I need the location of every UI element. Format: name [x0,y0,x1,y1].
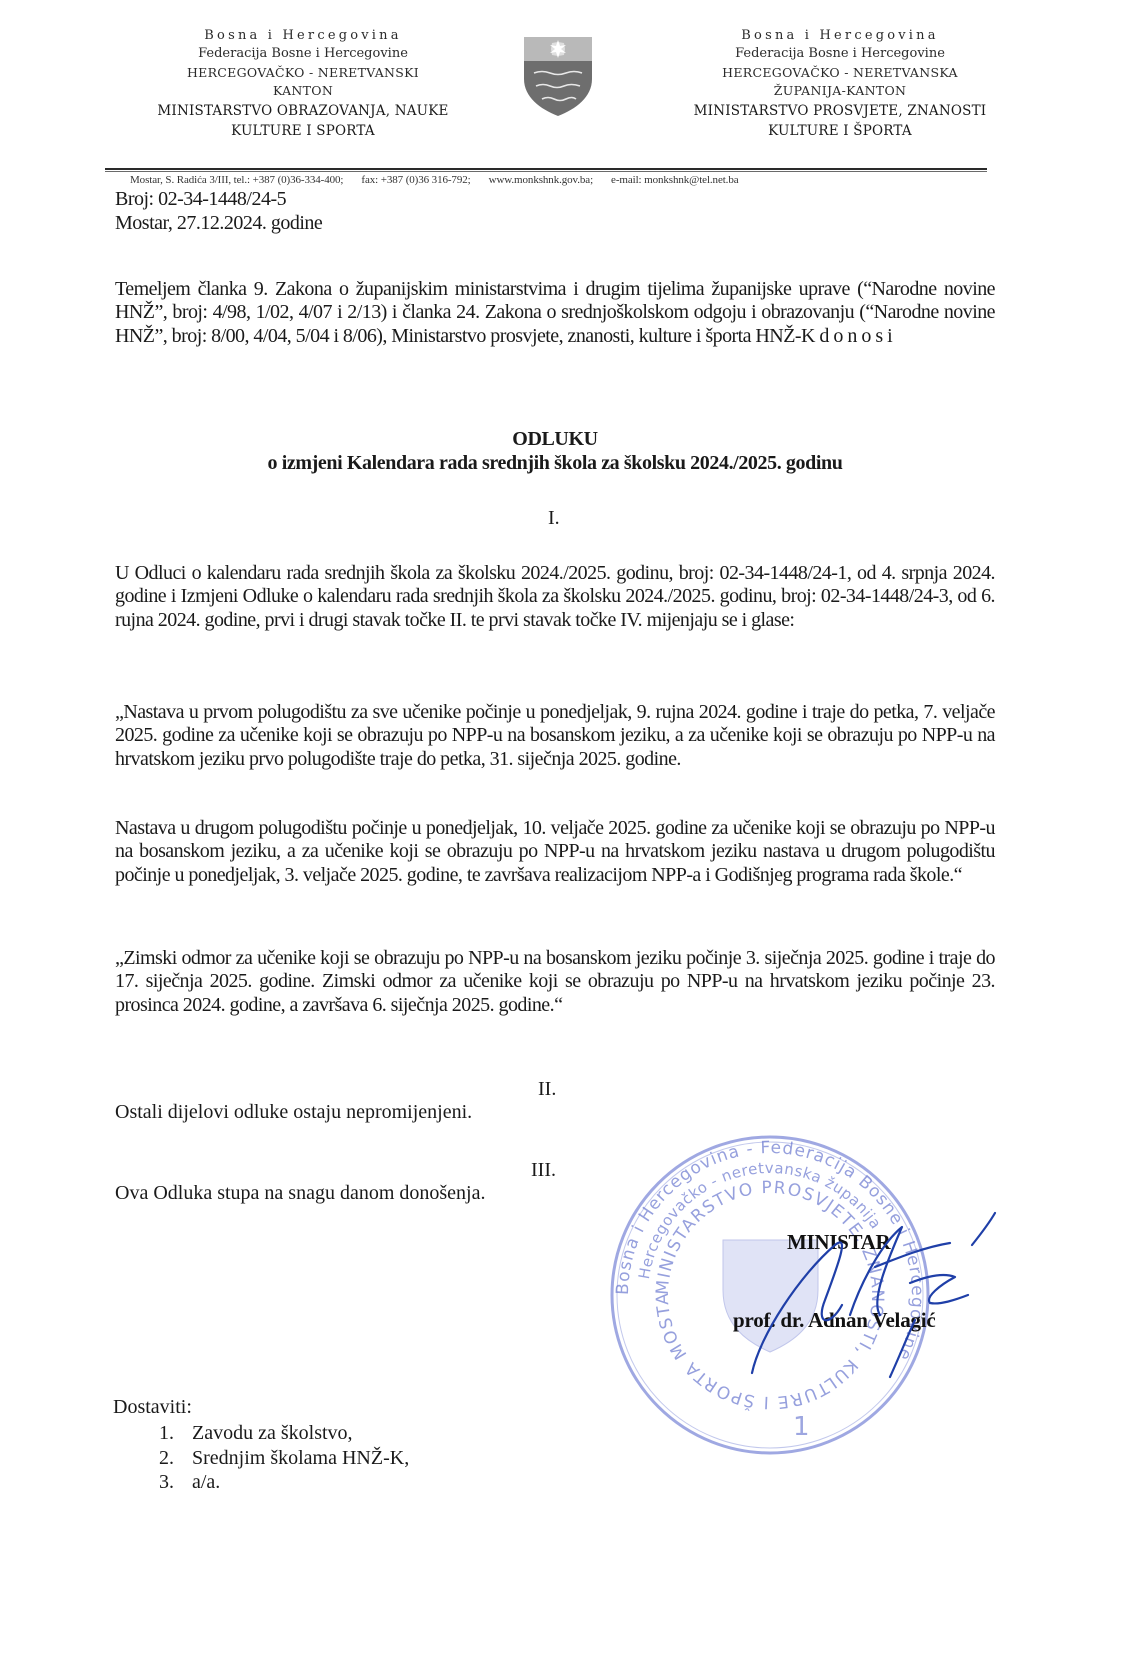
list-item-text: a/a. [192,1470,220,1495]
section-2-text: Ostali dijelovi odluke ostaju nepromijen… [115,1101,995,1124]
letterhead-ministry-2: KULTURE I SPORTA [103,121,503,141]
section-1-second-semester: Nastava u drugom polugodištu počinje u p… [115,817,995,887]
handwritten-signature-icon [740,1205,1010,1380]
svg-text:1: 1 [793,1412,810,1442]
letterhead-right: Bosna i Hercegovina Federacija Bosne i H… [640,26,1040,141]
letterhead-divider [105,168,987,170]
contact-email[interactable]: e-mail: monkshnk@tel.net.ba [611,174,739,186]
letterhead-country: Bosna i Hercegovina [640,26,1040,45]
letterhead-canton-2: ŽUPANIJA-KANTON [640,82,1040,101]
contact-website[interactable]: www.monkshnk.gov.ba; [489,174,593,186]
letterhead-canton: HERCEGOVAČKO - NERETVANSKI [103,64,503,83]
list-item-text: Zavodu za školstvo, [192,1421,353,1446]
letterhead-left: Bosna i Hercegovina Federacija Bosne i H… [103,26,503,141]
list-item: 3. a/a. [140,1470,409,1495]
preamble-verb: donosi [819,325,896,347]
letterhead-canton: HERCEGOVAČKO - NERETVANSKA [640,64,1040,83]
preamble: Temeljem članka 9. Zakona o županijskim … [115,278,995,348]
list-item-number: 3. [140,1470,192,1495]
letterhead-federation: Federacija Bosne i Hercegovine [103,45,503,64]
list-item-text: Srednjim školama HNŽ-K, [192,1446,409,1471]
section-1-first-semester: „Nastava u prvom polugodištu za sve učen… [115,701,995,771]
distribution-label: Dostaviti: [113,1396,192,1419]
reference-place-date: Mostar, 27.12.2024. godine [115,212,995,235]
contact-fax: fax: +387 (0)36 316-792; [361,174,470,186]
letterhead-ministry-2: KULTURE I ŠPORTA [640,121,1040,141]
letterhead-ministry: MINISTARSTVO PROSVJETE, ZNANOSTI [640,101,1040,121]
section-1-intro: U Odluci o kalendaru rada srednjih škola… [115,562,995,632]
letterhead-country: Bosna i Hercegovina [103,26,503,45]
section-1-winter-break: „Zimski odmor za učenike koji se obrazuj… [115,947,995,1017]
reference-number: Broj: 02-34-1448/24-5 [115,188,995,211]
distribution-list: 1. Zavodu za školstvo, 2. Srednjim škola… [140,1421,409,1495]
coat-of-arms-icon [522,35,594,117]
letterhead-ministry: MINISTARSTVO OBRAZOVANJA, NAUKE [103,101,503,121]
section-numeral-2: II. [538,1078,556,1101]
contact-line: Mostar, S. Radića 3/III, tel.: +387 (0)3… [130,174,990,186]
letterhead-federation: Federacija Bosne i Hercegovine [640,45,1040,64]
section-numeral-1: I. [548,507,560,530]
section-numeral-3: III. [531,1159,556,1182]
list-item: 2. Srednjim školama HNŽ-K, [140,1446,409,1471]
decision-subtitle: o izmjeni Kalendara rada srednjih škola … [115,452,995,475]
list-item: 1. Zavodu za školstvo, [140,1421,409,1446]
letterhead-canton-2: KANTON [103,82,503,101]
decision-title: ODLUKU [115,428,995,451]
list-item-number: 1. [140,1421,192,1446]
list-item-number: 2. [140,1446,192,1471]
letterhead-divider-thin [105,171,987,172]
contact-address: Mostar, S. Radića 3/III, tel.: +387 (0)3… [130,174,343,186]
